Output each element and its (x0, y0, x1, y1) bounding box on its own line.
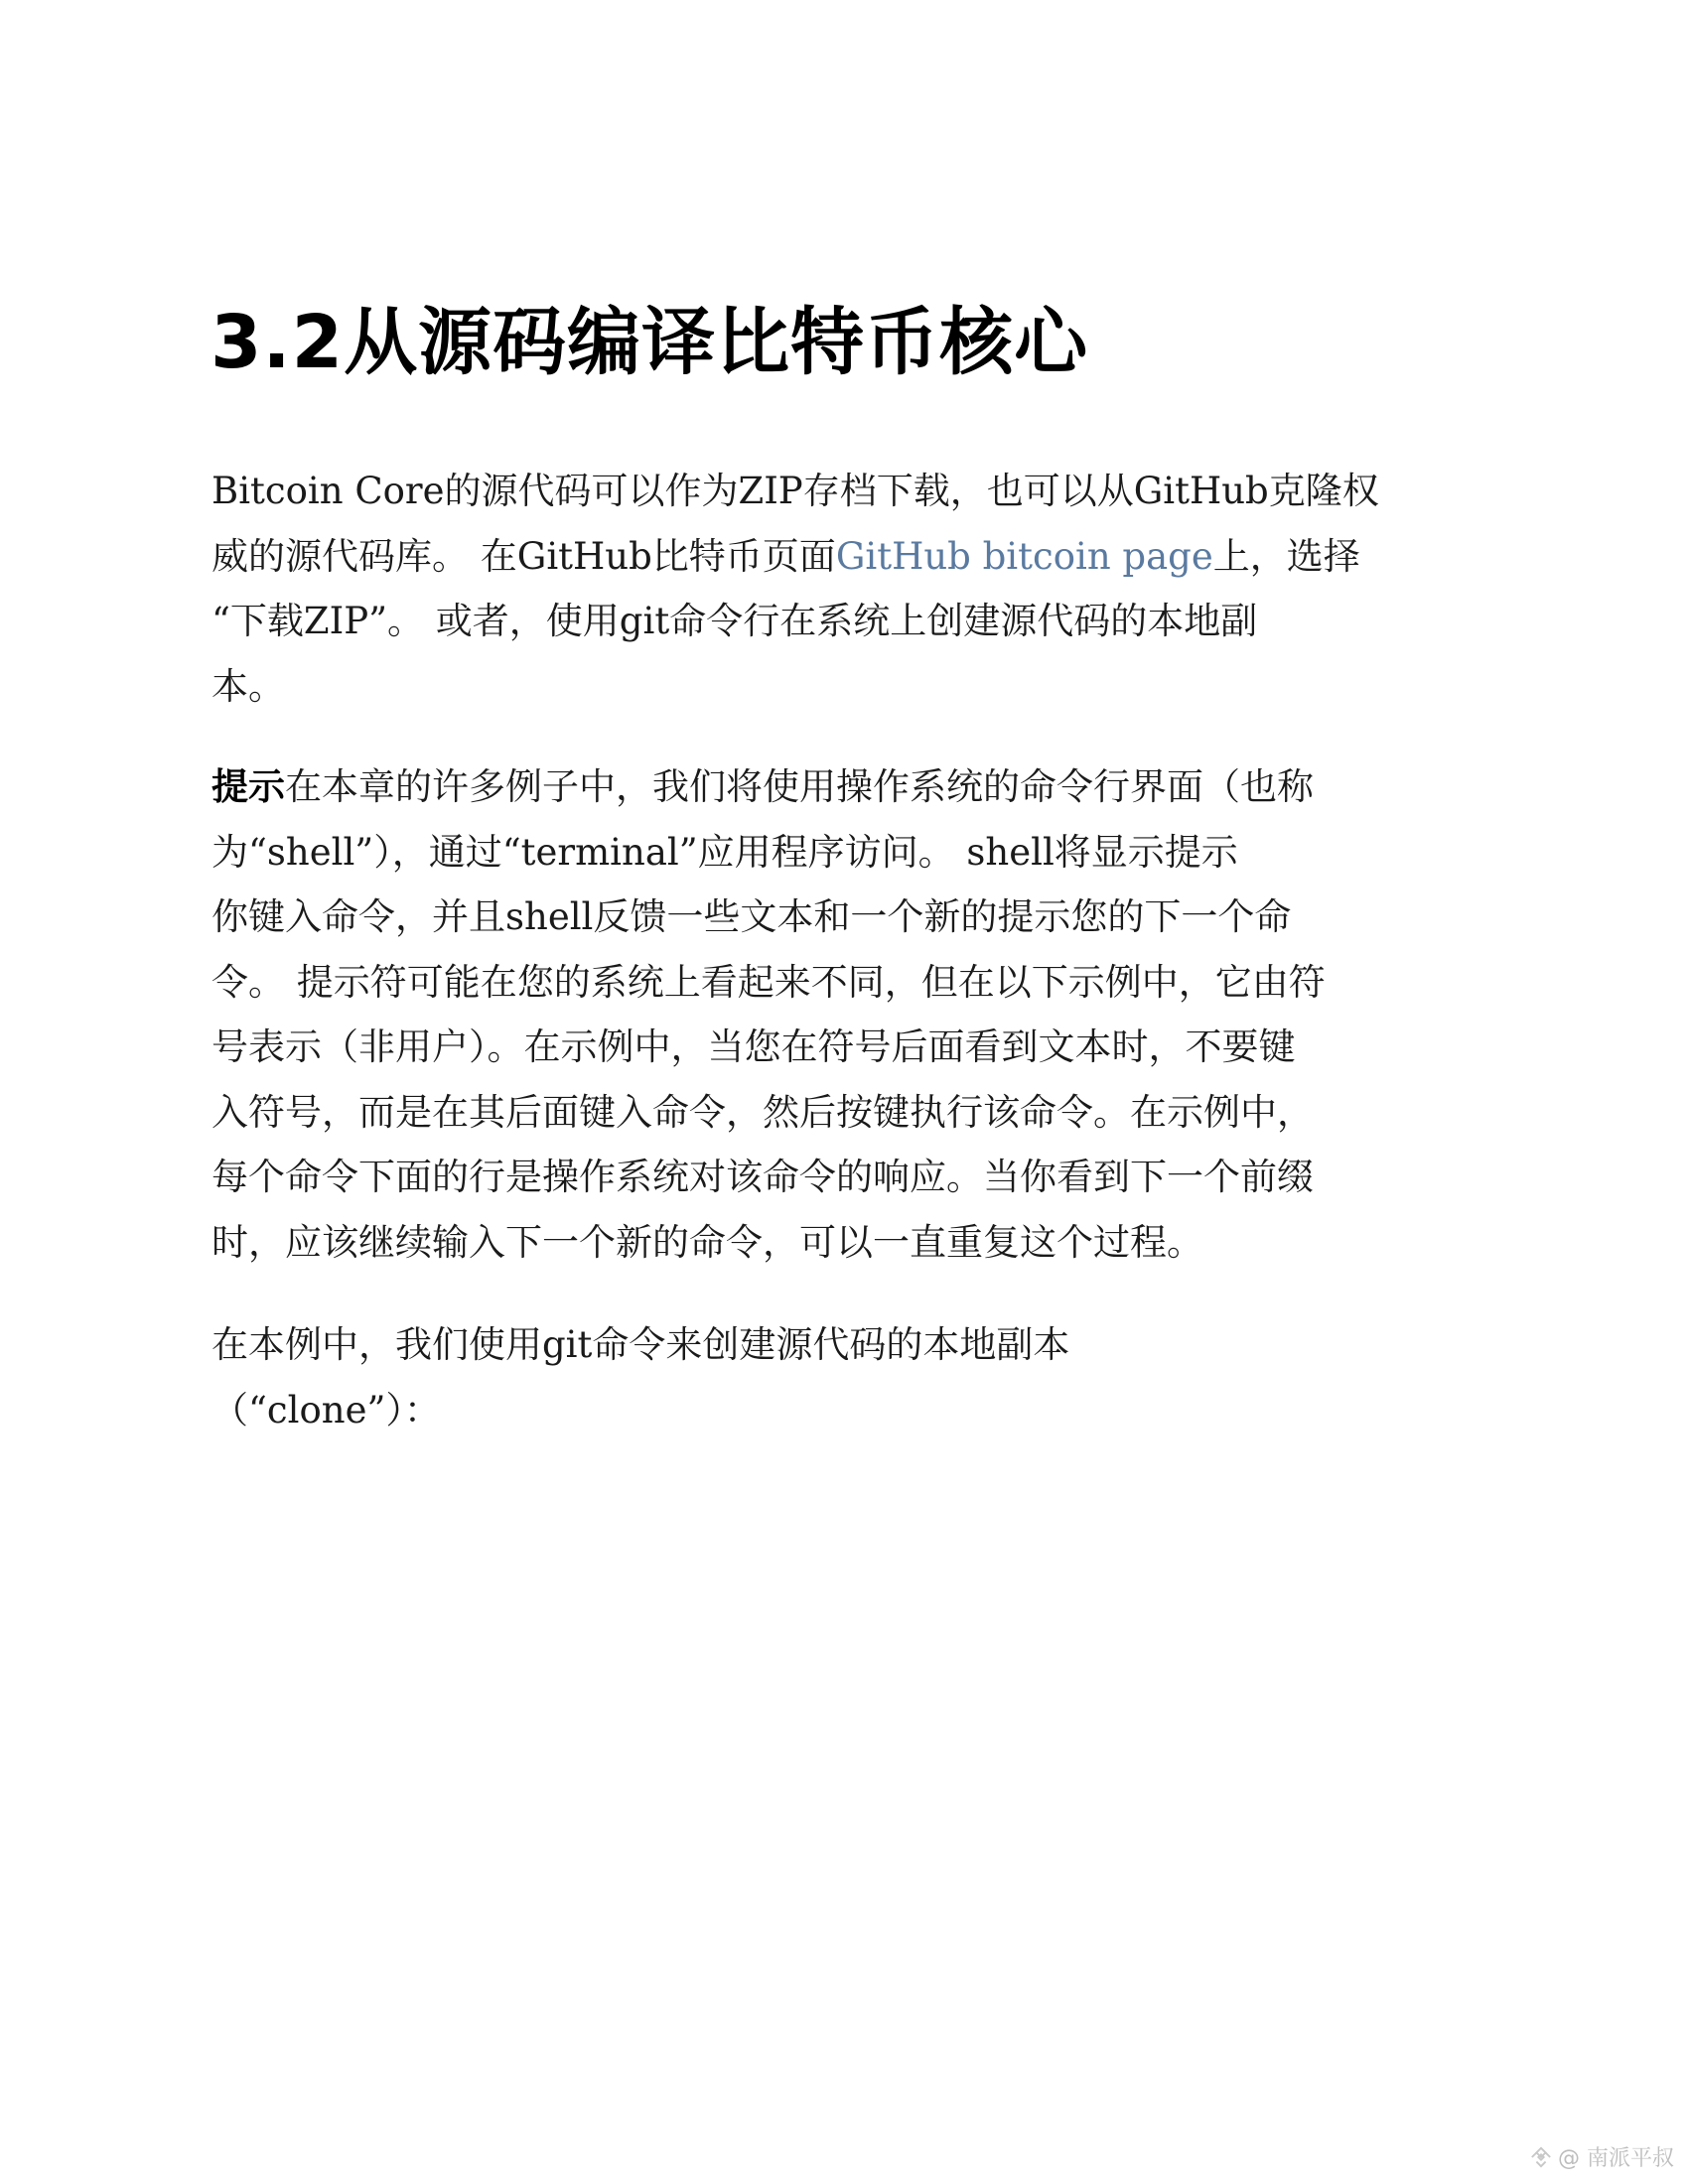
text-line: 令。 提示符可能在您的系统上看起来不同，但在以下示例中，它由符 (211, 950, 1492, 1016)
text-segment: 本。 (211, 665, 285, 708)
text-segment: 为“shell”），通过“terminal”应用程序访问。 shell将显示提示 (211, 831, 1238, 874)
paragraph-clone-intro: 在本例中，我们使用git命令来创建源代码的本地副本 （“clone”）： (211, 1312, 1492, 1442)
github-bitcoin-page-link[interactable]: GitHub bitcoin page (836, 535, 1213, 578)
text-segment: 每个命令下面的行是操作系统对该命令的响应。当你看到下一个前缀 (211, 1156, 1314, 1198)
text-line: 威的源代码库。 在GitHub比特币页面GitHub bitcoin page上… (211, 524, 1492, 590)
text-line: 号表示（非用户）。在示例中，当您在符号后面看到文本时，不要键 (211, 1015, 1492, 1080)
text-segment: 令。 提示符可能在您的系统上看起来不同，但在以下示例中，它由符 (211, 961, 1326, 1004)
text-segment: 入符号，而是在其后面键入命令，然后按键执行该命令。在示例中， (211, 1091, 1314, 1134)
paragraph-tip: 提示在本章的许多例子中，我们将使用操作系统的命令行界面（也称 为“shell”）… (211, 754, 1492, 1275)
diamond-logo-icon (1530, 2146, 1552, 2168)
text-line: 提示在本章的许多例子中，我们将使用操作系统的命令行界面（也称 (211, 754, 1492, 820)
text-line: （“clone”）： (211, 1378, 1492, 1443)
text-segment: 号表示（非用户）。在示例中，当您在符号后面看到文本时，不要键 (211, 1025, 1296, 1068)
text-line: 本。 (211, 654, 1492, 720)
text-segment: 威的源代码库。 在GitHub比特币页面 (211, 535, 836, 578)
text-segment: Bitcoin Core的源代码可以作为ZIP存档下载，也可以从GitHub克隆… (211, 470, 1379, 512)
tip-label: 提示 (211, 765, 285, 808)
text-segment: 上，选择 (1213, 535, 1360, 578)
text-line: 时，应该继续输入下一个新的命令，可以一直重复这个过程。 (211, 1210, 1492, 1276)
text-line: 你键入命令，并且shell反馈一些文本和一个新的提示您的下一个命 (211, 885, 1492, 950)
text-segment: “下载ZIP”。 或者，使用git命令行在系统上创建源代码的本地副 (211, 600, 1257, 642)
text-segment: 在本例中，我们使用git命令来创建源代码的本地副本 (211, 1323, 1069, 1366)
watermark-text: @ 南派平叔 (1558, 2141, 1674, 2172)
text-line: 入符号，而是在其后面键入命令，然后按键执行该命令。在示例中， (211, 1080, 1492, 1146)
watermark: @ 南派平叔 (1530, 2141, 1674, 2172)
text-line: “下载ZIP”。 或者，使用git命令行在系统上创建源代码的本地副 (211, 589, 1492, 654)
text-line: Bitcoin Core的源代码可以作为ZIP存档下载，也可以从GitHub克隆… (211, 459, 1492, 524)
text-segment: 时，应该继续输入下一个新的命令，可以一直重复这个过程。 (211, 1221, 1203, 1264)
text-segment: （“clone”）： (211, 1389, 441, 1432)
text-line: 在本例中，我们使用git命令来创建源代码的本地副本 (211, 1312, 1492, 1378)
document-page: 3.2从源码编译比特币核心 Bitcoin Core的源代码可以作为ZIP存档下… (0, 0, 1688, 2184)
text-line: 每个命令下面的行是操作系统对该命令的响应。当你看到下一个前缀 (211, 1145, 1492, 1210)
section-title: 3.2从源码编译比特币核心 (211, 288, 1088, 397)
paragraph-download-source: Bitcoin Core的源代码可以作为ZIP存档下载，也可以从GitHub克隆… (211, 459, 1492, 719)
text-segment: 你键入命令，并且shell反馈一些文本和一个新的提示您的下一个命 (211, 895, 1291, 938)
text-segment: 在本章的许多例子中，我们将使用操作系统的命令行界面（也称 (285, 765, 1314, 808)
text-line: 为“shell”），通过“terminal”应用程序访问。 shell将显示提示 (211, 820, 1492, 886)
